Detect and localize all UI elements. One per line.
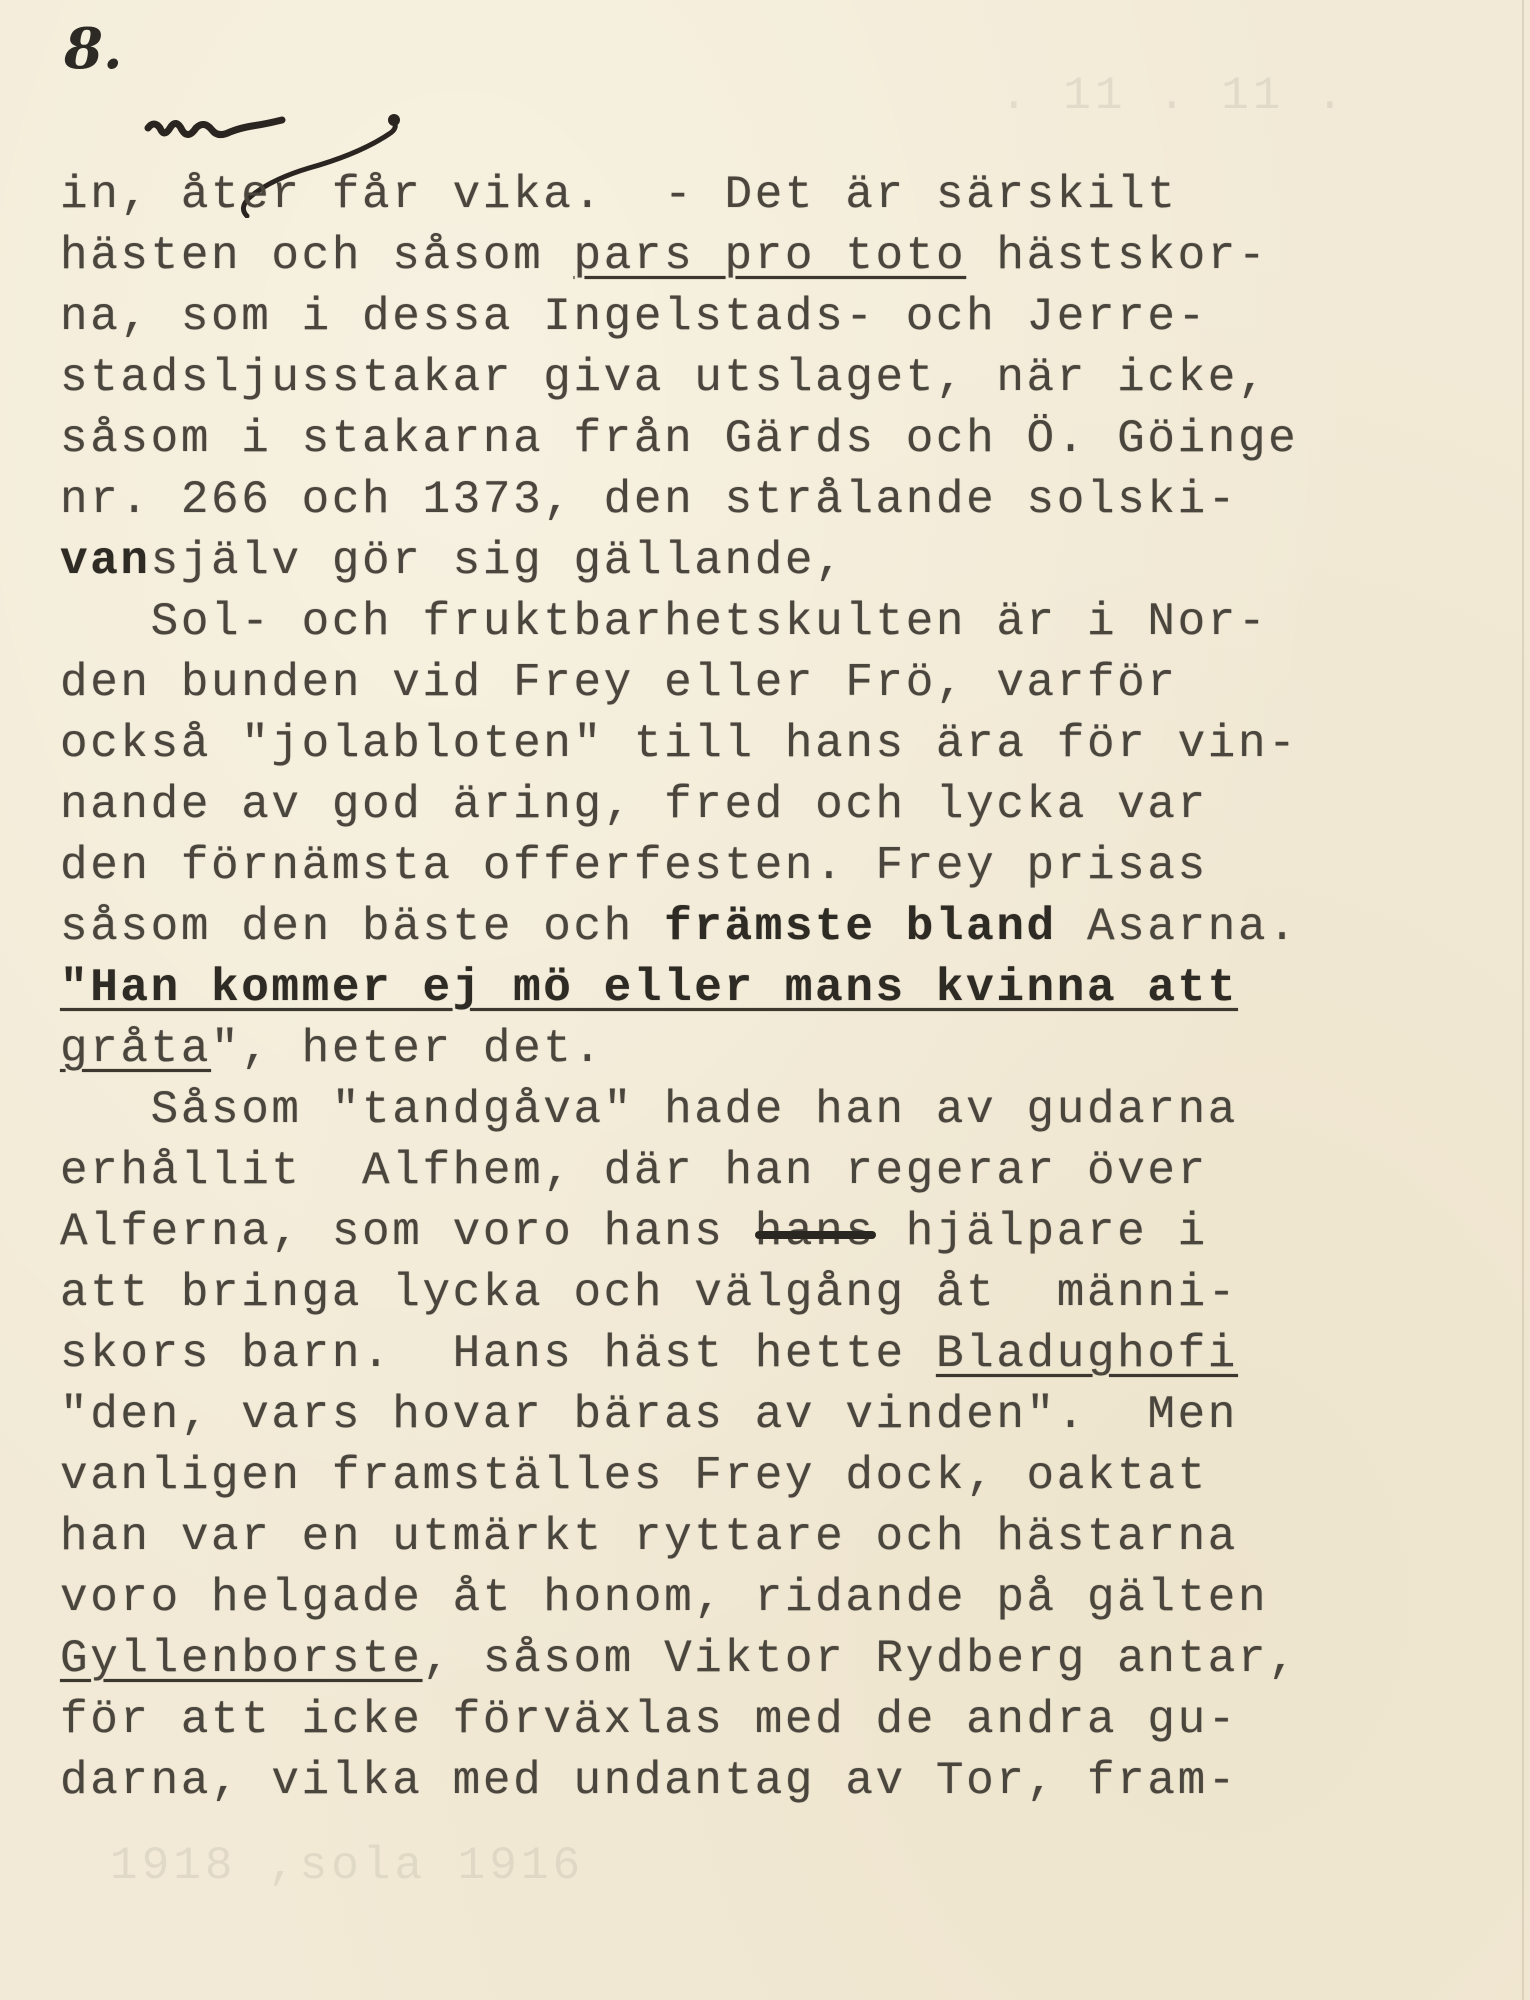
text-line: "Han kommer ej mö eller mans kvinna att [60, 958, 1500, 1019]
text-line: såsom i stakarna från Gärds och Ö. Göing… [60, 409, 1500, 470]
underlined-name: Gyllenborste [60, 1633, 422, 1685]
text-line: hästen och såsom pars pro toto hästskor- [60, 226, 1500, 287]
text-line: gråta", heter det. [60, 1019, 1500, 1080]
text-line: såsom den bäste och främste bland Asarna… [60, 897, 1500, 958]
underlined-word: gråta [60, 1023, 211, 1075]
text-line: na, som i dessa Ingelstads- och Jerre- [60, 287, 1500, 348]
text-line: nande av god äring, fred och lycka var [60, 775, 1500, 836]
text-line: stadsljusstakar giva utslaget, när icke, [60, 348, 1500, 409]
text-line: voro helgade åt honom, ridande på gälten [60, 1568, 1500, 1629]
text-line: "den, vars hovar bäras av vinden". Men [60, 1385, 1500, 1446]
text-line: Såsom "tandgåva" hade han av gudarna [60, 1080, 1500, 1141]
text-line: också "jolabloten" till hans ära för vin… [60, 714, 1500, 775]
text-line: skors barn. Hans häst hette Bladughofi [60, 1324, 1500, 1385]
text-line: Sol- och fruktbarhetskulten är i Nor- [60, 592, 1500, 653]
text-line: Gyllenborste, såsom Viktor Rydberg antar… [60, 1629, 1500, 1690]
typewritten-body: in, åter får vika. - Det är särskilt häs… [60, 165, 1500, 1812]
text-line: nr. 266 och 1373, den strålande solski- [60, 470, 1500, 531]
underlined-quote: "Han kommer ej mö eller mans kvinna att [60, 962, 1238, 1014]
text-line: Alferna, som voro hans hans hjälpare i [60, 1202, 1500, 1263]
show-through-text: . 11 . 11 . [1000, 70, 1348, 122]
page-number: 8. [64, 16, 122, 82]
text-line: in, åter får vika. - Det är särskilt [60, 165, 1500, 226]
text-line: vansjälv gör sig gällande, [60, 531, 1500, 592]
paper-edge [1522, 0, 1524, 2000]
underlined-phrase: pars pro toto [573, 230, 966, 282]
text-line: vanligen framställes Frey dock, oaktat [60, 1446, 1500, 1507]
text-line: erhållit Alfhem, där han regerar över [60, 1141, 1500, 1202]
text-line: den bunden vid Frey eller Frö, varför [60, 653, 1500, 714]
struck-word: hans [755, 1202, 876, 1263]
text-line: den förnämsta offerfesten. Frey prisas [60, 836, 1500, 897]
show-through-text: 1918 ,sola 1916 [110, 1840, 584, 1892]
bold-phrase: främste bland [664, 901, 1057, 953]
text-line: han var en utmärkt ryttare och hästarna [60, 1507, 1500, 1568]
overtyped-prefix: van [60, 535, 151, 587]
underlined-name: Bladughofi [936, 1328, 1238, 1380]
text-line: darna, vilka med undantag av Tor, fram- [60, 1751, 1500, 1812]
text-line: för att icke förväxlas med de andra gu- [60, 1690, 1500, 1751]
text-line: att bringa lycka och välgång åt männi- [60, 1263, 1500, 1324]
